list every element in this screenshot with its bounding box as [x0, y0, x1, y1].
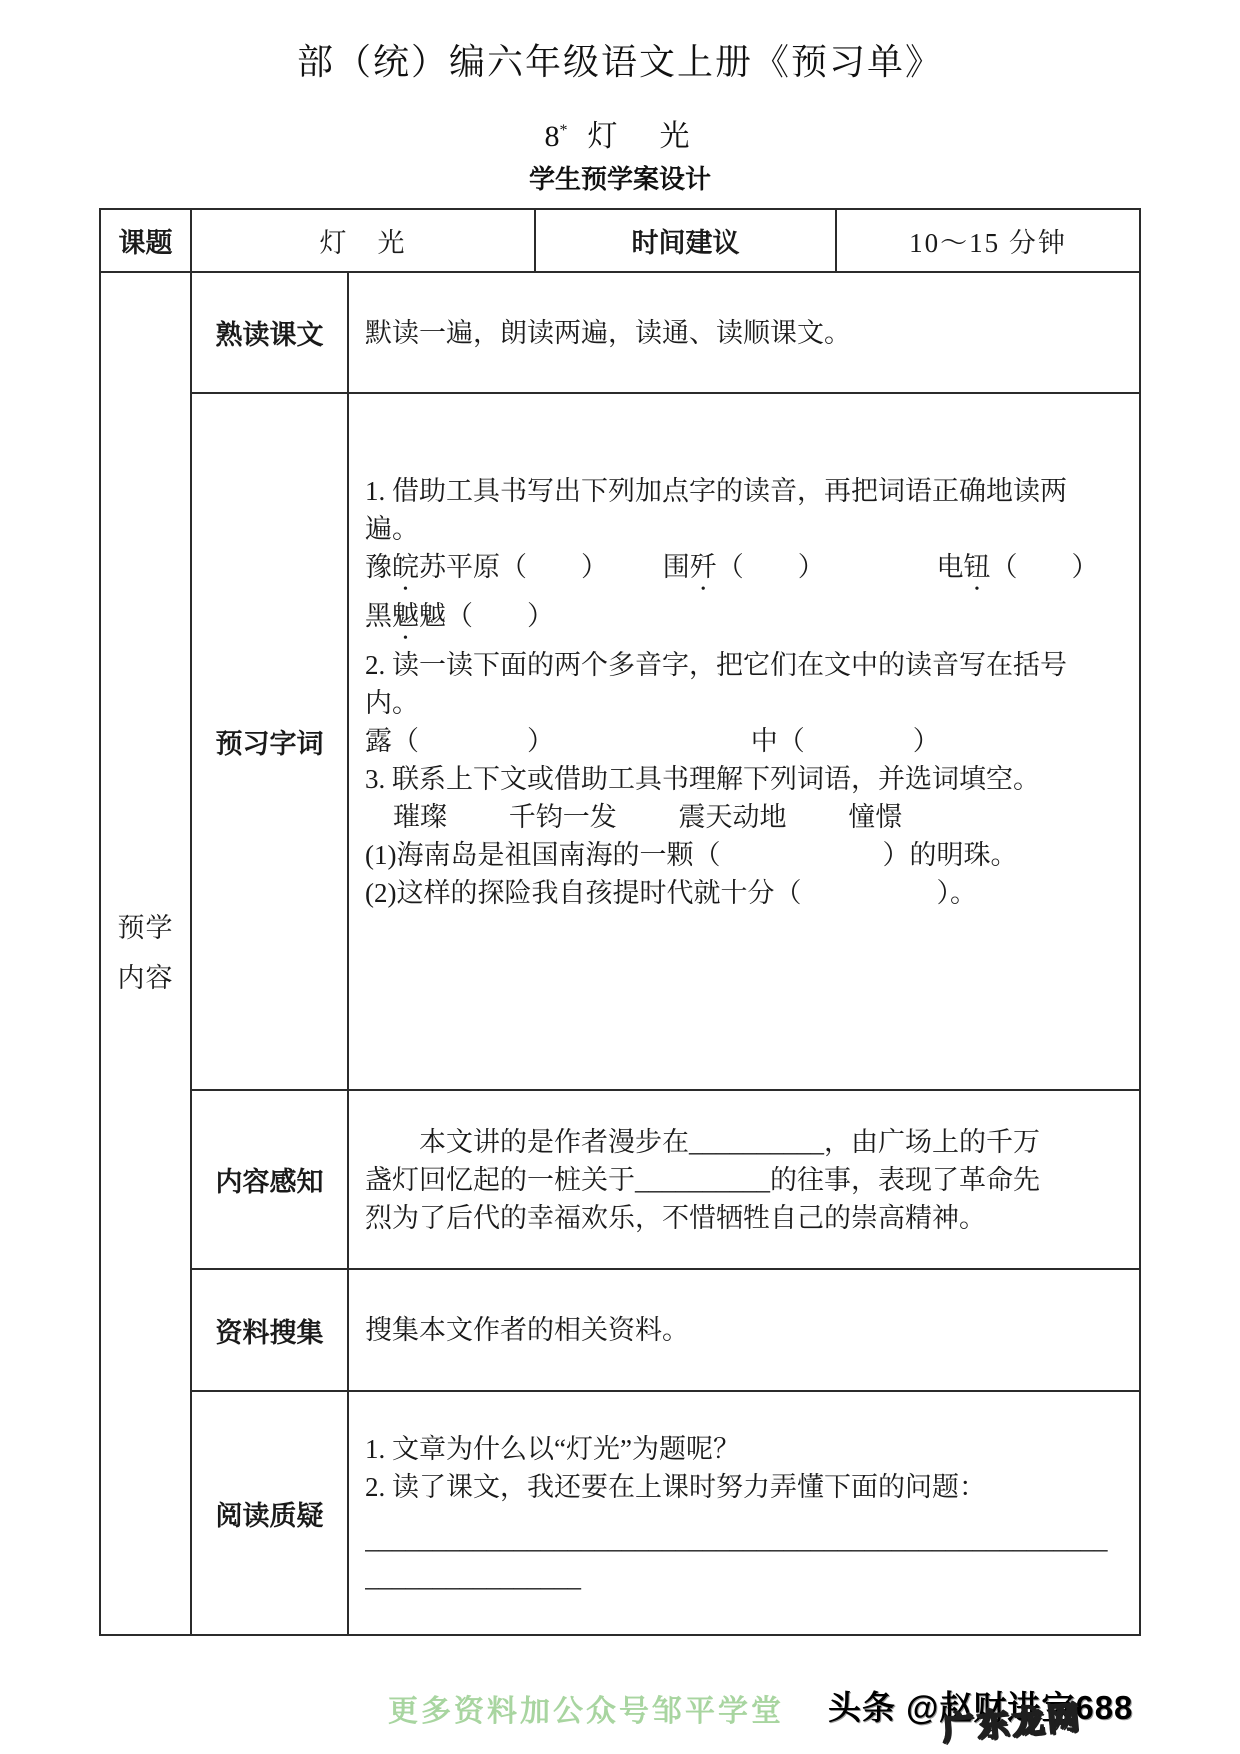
words-item2-line1: 2. 读一读下面的两个多音字，把它们在文中的读音写在括号	[365, 646, 1123, 684]
question-line2: 2. 读了课文，我还要在上课时努力弄懂下面的问题：	[365, 1468, 1123, 1506]
row-words: 预习字词 1. 借助工具书写出下列加点字的读音，再把词语正确地读两 遍。 豫皖苏…	[100, 393, 1140, 1090]
lesson-star: *	[560, 122, 568, 139]
time-label-cell: 时间建议	[535, 209, 836, 272]
perception-line3: 烈为了后代的幸福欢乐，不惜牺牲自己的崇高精神。	[365, 1199, 1123, 1237]
choice-cuican: 璀璨	[393, 802, 447, 832]
dotted-char: 皖	[392, 552, 419, 582]
choice-qianjunyifa: 千钧一发	[509, 802, 617, 832]
words-item1-line1: 1. 借助工具书写出下列加点字的读音，再把词语正确地读两	[365, 472, 1123, 510]
words-label-cell: 预习字词	[191, 393, 348, 1090]
research-label-cell: 资料搜集	[191, 1269, 348, 1391]
word-group1: 豫皖苏平原（ ）	[365, 552, 608, 582]
perception-line2: 盏灯回忆起的一桩关于__________的往事，表现了革命先	[365, 1161, 1123, 1199]
doc-title: 部（统）编六年级语文上册《预习单》	[0, 0, 1240, 85]
lesson-heading: 8*灯 光	[0, 111, 1240, 155]
lesson-name: 灯 光	[588, 120, 696, 153]
words-pinyin-row1: 豫皖苏平原（ ） 围歼（ ） 电钮（ ）	[365, 548, 1123, 597]
choice-zhentiandongdi: 震天动地	[679, 802, 787, 832]
lesson-number: 8	[545, 120, 560, 153]
duoyin-zhong: 中（ ）	[751, 726, 940, 756]
word-group3: 电钮（ ）	[937, 552, 1099, 582]
words-duoyin-row: 露（ ） 中（ ）	[365, 722, 1123, 760]
worksheet-table: 课题 灯 光 时间建议 10～15 分钟 预学 内容 熟读课文 默读一遍，朗读两…	[99, 208, 1141, 1636]
topic-label-cell: 课题	[100, 209, 191, 272]
answer-line-long: ________________________________________…	[365, 1520, 1123, 1558]
topic-value-cell: 灯 光	[191, 209, 535, 272]
dotted-char: 魆	[392, 601, 419, 631]
perception-content-cell: 本文讲的是作者漫步在__________，由广场上的千万 盏灯回忆起的一桩关于_…	[348, 1090, 1140, 1269]
side-label-line1: 预学	[102, 904, 189, 954]
dotted-char: 歼	[690, 552, 717, 582]
perception-label-cell: 内容感知	[191, 1090, 348, 1269]
question-label-cell: 阅读质疑	[191, 1391, 348, 1635]
header-row: 课题 灯 光 时间建议 10～15 分钟	[100, 209, 1140, 272]
side-label-line2: 内容	[102, 954, 189, 1004]
time-value-cell: 10～15 分钟	[836, 209, 1140, 272]
word-group4: 黑魆魆（ ）	[365, 601, 554, 631]
words-fill2: (2)这样的探险我自孩提时代就十分（ ）。	[365, 874, 1123, 912]
word-group2: 围歼（ ）	[663, 552, 825, 582]
footer-promo-text: 更多资料加公众号邹平学堂	[388, 1686, 784, 1730]
answer-line-short: ________________	[365, 1558, 1123, 1596]
words-item1-line2: 遍。	[365, 510, 1123, 548]
words-choices-row: 璀璨 千钧一发 震天动地 憧憬	[365, 798, 1123, 836]
words-fill1: (1)海南岛是祖国南海的一颗（ ）的明珠。	[365, 836, 1123, 874]
sheet-subtitle: 学生预学案设计	[0, 159, 1240, 196]
row-read: 预学 内容 熟读课文 默读一遍，朗读两遍，读通、读顺课文。	[100, 272, 1140, 393]
words-item2-line2: 内。	[365, 684, 1123, 722]
row-perception: 内容感知 本文讲的是作者漫步在__________，由广场上的千万 盏灯回忆起的…	[100, 1090, 1140, 1269]
row-question: 阅读质疑 1. 文章为什么以“灯光”为题呢？ 2. 读了课文，我还要在上课时努力…	[100, 1391, 1140, 1635]
words-pinyin-row2: 黑魆魆（ ）	[365, 597, 1123, 646]
question-content-cell: 1. 文章为什么以“灯光”为题呢？ 2. 读了课文，我还要在上课时努力弄懂下面的…	[348, 1391, 1140, 1635]
perception-line1: 本文讲的是作者漫步在__________，由广场上的千万	[365, 1123, 1123, 1161]
research-content-cell: 搜集本文作者的相关资料。	[348, 1269, 1140, 1391]
dotted-char: 钮	[964, 552, 991, 582]
words-item3: 3. 联系上下文或借助工具书理解下列词语，并选词填空。	[365, 760, 1123, 798]
choice-chongjing: 憧憬	[848, 802, 902, 832]
words-content-cell: 1. 借助工具书写出下列加点字的读音，再把词语正确地读两 遍。 豫皖苏平原（ ）…	[348, 393, 1140, 1090]
worksheet-page: 部（统）编六年级语文上册《预习单》 8*灯 光 学生预学案设计 课题 灯 光 时…	[0, 0, 1240, 1754]
read-content-cell: 默读一遍，朗读两遍，读通、读顺课文。	[348, 272, 1140, 393]
question-line1: 1. 文章为什么以“灯光”为题呢？	[365, 1430, 1123, 1468]
row-research: 资料搜集 搜集本文作者的相关资料。	[100, 1269, 1140, 1391]
side-label-cell: 预学 内容	[100, 272, 191, 1635]
duoyin-lu: 露（ ）	[365, 726, 554, 756]
read-label-cell: 熟读课文	[191, 272, 348, 393]
